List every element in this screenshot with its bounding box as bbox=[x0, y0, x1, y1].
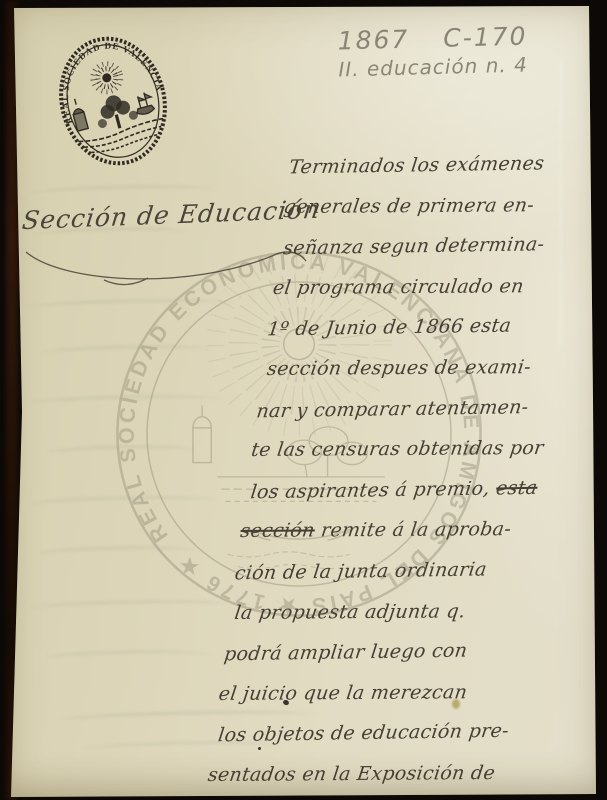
struck-word: esta bbox=[495, 477, 539, 500]
scanned-document-canvas: REAL SOCIEDAD ECONOMICA VALENCIANA DE AM… bbox=[0, 0, 607, 800]
manuscript-line: la propuesta adjunta q. bbox=[232, 590, 545, 633]
annotation-year: 1867 bbox=[337, 25, 409, 56]
manuscript-line: sección remite á la aproba- bbox=[238, 509, 556, 552]
manuscript-text: señanza segun determina- bbox=[282, 233, 546, 259]
paper-stain bbox=[452, 699, 460, 709]
manuscript-line: sección despues de exami- bbox=[264, 347, 577, 390]
annotation-code: C-170 bbox=[443, 22, 528, 53]
manuscript-line: te las censuras obtenidas por bbox=[249, 428, 567, 471]
manuscript-text: el programa circulado en bbox=[272, 275, 526, 299]
manuscript-line: nar y comparar atentamen- bbox=[254, 386, 572, 431]
manuscript-line: 1º de Junio de 1866 esta bbox=[265, 305, 583, 350]
watermark-tower-icon bbox=[193, 405, 211, 462]
manuscript-line: señanza segun determina- bbox=[281, 224, 594, 269]
manuscript-text: nar y comparar atentamen- bbox=[255, 396, 530, 422]
manuscript-text: generales de primera en- bbox=[282, 194, 535, 218]
manuscript-line: los objetos de educación pre- bbox=[216, 711, 529, 756]
heading-flourish bbox=[20, 240, 310, 286]
society-stamp: REAL SOCIEDAD DE VALENCIA bbox=[53, 31, 173, 171]
manuscript-text: el juicio que la merezcan bbox=[217, 681, 468, 705]
stamp-tower-icon bbox=[69, 97, 88, 131]
manuscript-line: generales de primera en- bbox=[281, 184, 599, 227]
manuscript-line: ción de la junta ordinaria bbox=[232, 548, 550, 593]
manuscript-line: sentados en la Exposición de bbox=[205, 753, 523, 796]
stamp-water-icon bbox=[78, 118, 167, 158]
stamp-sun-icon bbox=[90, 61, 124, 95]
archival-annotations: 1867 C-170 II. educación n. 4 bbox=[337, 22, 528, 82]
manuscript-text: te las censuras obtenidas por bbox=[250, 437, 545, 461]
manuscript-line: podrá ampliar luego con bbox=[222, 630, 540, 675]
manuscript-line: los aspirantes á premio, esta bbox=[248, 467, 561, 512]
manuscript-text: la propuesta adjunta q. bbox=[233, 600, 467, 624]
bleed-line bbox=[44, 649, 210, 663]
manuscript-text: los objetos de educación pre- bbox=[217, 720, 510, 747]
paper-crease bbox=[560, 58, 562, 348]
manuscript-line: Terminados los exámenes bbox=[287, 142, 605, 187]
manuscript-text: los aspirantes á premio, bbox=[249, 477, 497, 503]
manuscript-line: el programa circulado en bbox=[270, 266, 588, 309]
annotation-series: II. educación n. 4 bbox=[338, 53, 528, 82]
manuscript-text: sentados en la Exposición de bbox=[207, 762, 497, 786]
manuscript-text: Terminados los exámenes bbox=[288, 152, 546, 178]
manuscript-text: 1º de Junio de 1866 esta bbox=[266, 315, 512, 341]
ink-dot bbox=[258, 747, 261, 750]
manuscript-text: podrá ampliar luego con bbox=[223, 640, 469, 666]
manuscript-text: remite á la aproba- bbox=[313, 518, 512, 541]
bleed-line bbox=[30, 184, 215, 199]
manuscript-text: ción de la junta ordinaria bbox=[234, 558, 489, 584]
struck-word: sección bbox=[239, 520, 316, 543]
manuscript-page: REAL SOCIEDAD ECONOMICA VALENCIANA DE AM… bbox=[0, 0, 607, 800]
manuscript-text: sección despues de exami- bbox=[266, 356, 533, 380]
annotation-row: 1867 C-170 bbox=[337, 22, 528, 56]
manuscript-line: el juicio que la merezcan bbox=[216, 672, 534, 715]
